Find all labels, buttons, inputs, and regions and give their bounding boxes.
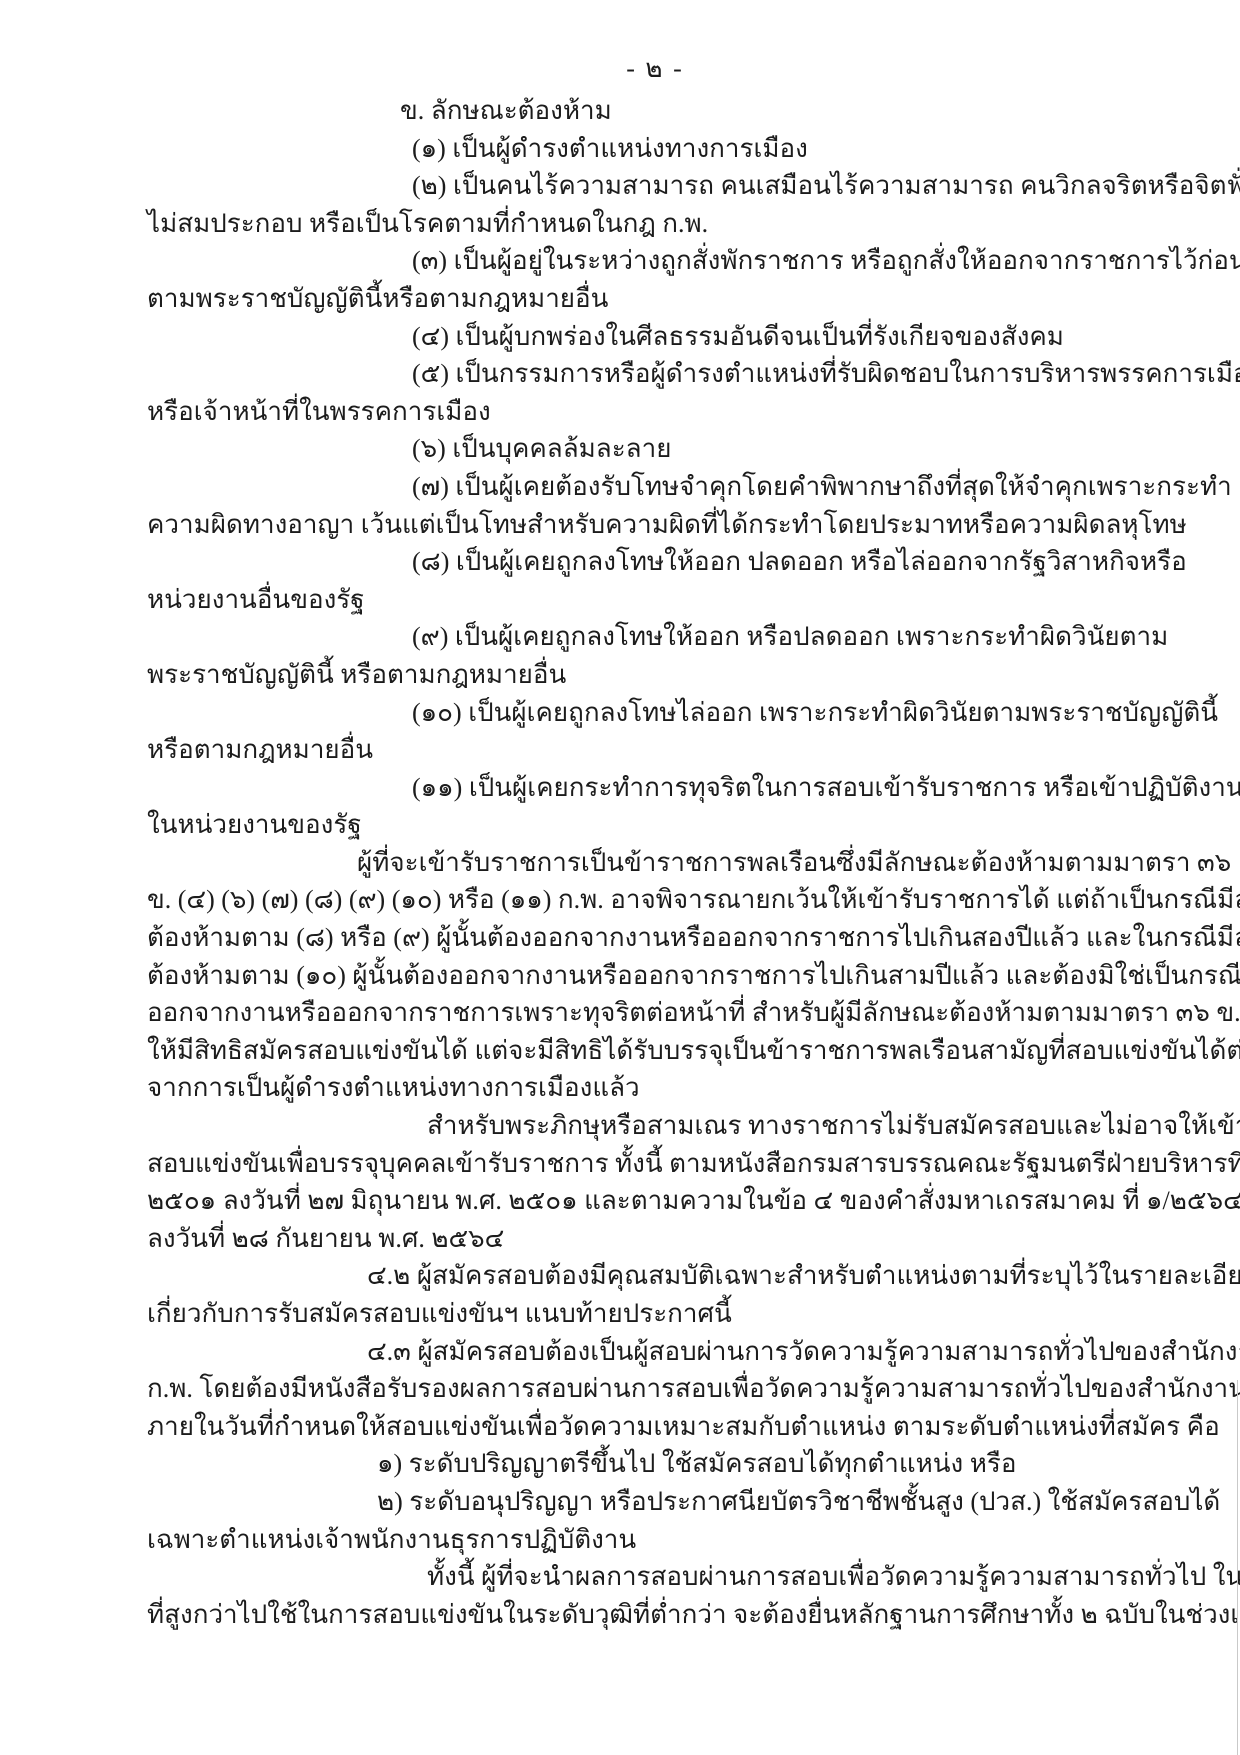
doc-line: เกี่ยวกับการรับสมัครสอบแข่งขันฯ แนบท้ายป… bbox=[147, 1295, 1132, 1333]
doc-line: ต้องห้ามตาม (๘) หรือ (๙) ผู้นั้นต้องออกจ… bbox=[147, 919, 1132, 957]
doc-line: หรือเจ้าหน้าที่ในพรรคการเมือง bbox=[147, 393, 1132, 431]
doc-line: (๑๐) เป็นผู้เคยถูกลงโทษไล่ออก เพราะกระทำ… bbox=[147, 694, 1132, 732]
doc-line: ที่สูงกว่าไปใช้ในการสอบแข่งขันในระดับวุฒ… bbox=[147, 1596, 1132, 1634]
doc-line: เฉพาะตำแหน่งเจ้าพนักงานธุรการปฏิบัติงาน bbox=[147, 1521, 1132, 1559]
doc-line: ๔.๓ ผู้สมัครสอบต้องเป็นผู้สอบผ่านการวัดค… bbox=[147, 1333, 1132, 1371]
doc-line: (๔) เป็นผู้บกพร่องในศีลธรรมอันดีจนเป็นที… bbox=[147, 318, 1132, 356]
doc-line: (๙) เป็นผู้เคยถูกลงโทษให้ออก หรือปลดออก … bbox=[147, 618, 1132, 656]
doc-line: หน่วยงานอื่นของรัฐ bbox=[147, 581, 1132, 619]
doc-line: ในหน่วยงานของรัฐ bbox=[147, 806, 1132, 844]
doc-line: ผู้ที่จะเข้ารับราชการเป็นข้าราชการพลเรือ… bbox=[147, 844, 1132, 882]
doc-line: (๒) เป็นคนไร้ความสามารถ คนเสมือนไร้ความส… bbox=[147, 167, 1132, 205]
doc-line: ลงวันที่ ๒๘ กันยายน พ.ศ. ๒๕๖๔ bbox=[147, 1220, 1132, 1258]
doc-line: (๖) เป็นบุคคลล้มละลาย bbox=[147, 430, 1132, 468]
scan-edge-artifact bbox=[1237, 1380, 1238, 1755]
doc-line: ๒) ระดับอนุปริญญา หรือประกาศนียบัตรวิชาช… bbox=[147, 1483, 1132, 1521]
doc-line: ตามพระราชบัญญัตินี้หรือตามกฎหมายอื่น bbox=[147, 280, 1132, 318]
doc-line: ก.พ. โดยต้องมีหนังสือรับรองผลการสอบผ่านก… bbox=[147, 1370, 1132, 1408]
doc-line: (๓) เป็นผู้อยู่ในระหว่างถูกสั่งพักราชการ… bbox=[147, 242, 1132, 280]
doc-line: ไม่สมประกอบ หรือเป็นโรคตามที่กำหนดในกฎ ก… bbox=[147, 205, 1132, 243]
doc-line: ข. (๔) (๖) (๗) (๘) (๙) (๑๐) หรือ (๑๑) ก.… bbox=[147, 881, 1132, 919]
doc-line: ให้มีสิทธิสมัครสอบแข่งขันได้ แต่จะมีสิทธ… bbox=[147, 1032, 1132, 1070]
doc-line: หรือตามกฎหมายอื่น bbox=[147, 731, 1132, 769]
doc-line: จากการเป็นผู้ดำรงตำแหน่งทางการเมืองแล้ว bbox=[147, 1069, 1132, 1107]
doc-line: ต้องห้ามตาม (๑๐) ผู้นั้นต้องออกจากงานหรื… bbox=[147, 957, 1132, 995]
doc-line: ทั้งนี้ ผู้ที่จะนำผลการสอบผ่านการสอบเพื่… bbox=[147, 1558, 1132, 1596]
doc-line: (๗) เป็นผู้เคยต้องรับโทษจำคุกโดยคำพิพากษ… bbox=[147, 468, 1132, 506]
doc-line: ๒๕๐๑ ลงวันที่ ๒๗ มิถุนายน พ.ศ. ๒๕๐๑ และต… bbox=[147, 1182, 1132, 1220]
doc-line: ๑) ระดับปริญญาตรีขึ้นไป ใช้สมัครสอบได้ทุ… bbox=[147, 1445, 1132, 1483]
doc-line: ข. ลักษณะต้องห้าม bbox=[147, 92, 1132, 130]
doc-line: ๔.๒ ผู้สมัครสอบต้องมีคุณสมบัติเฉพาะสำหรั… bbox=[147, 1257, 1132, 1295]
doc-line: ภายในวันที่กำหนดให้สอบแข่งขันเพื่อวัดควา… bbox=[147, 1408, 1132, 1446]
document-body: ข. ลักษณะต้องห้าม (๑) เป็นผู้ดำรงตำแหน่ง… bbox=[147, 92, 1132, 1633]
doc-line: สำหรับพระภิกษุหรือสามเณร ทางราชการไม่รับ… bbox=[147, 1107, 1132, 1145]
doc-line: (๘) เป็นผู้เคยถูกลงโทษให้ออก ปลดออก หรือ… bbox=[147, 543, 1132, 581]
page-number: - ๒ - bbox=[626, 48, 683, 89]
doc-line: สอบแข่งขันเพื่อบรรจุบุคคลเข้ารับราชการ ท… bbox=[147, 1145, 1132, 1183]
doc-line: ความผิดทางอาญา เว้นแต่เป็นโทษสำหรับความผ… bbox=[147, 506, 1132, 544]
doc-line: พระราชบัญญัตินี้ หรือตามกฎหมายอื่น bbox=[147, 656, 1132, 694]
doc-line: (๕) เป็นกรรมการหรือผู้ดำรงตำแหน่งที่รับผ… bbox=[147, 355, 1132, 393]
doc-line: (๑) เป็นผู้ดำรงตำแหน่งทางการเมือง bbox=[147, 130, 1132, 168]
doc-line: (๑๑) เป็นผู้เคยกระทำการทุจริตในการสอบเข้… bbox=[147, 769, 1132, 807]
doc-line: ออกจากงานหรือออกจากราชการเพราะทุจริตต่อห… bbox=[147, 994, 1132, 1032]
document-page: - ๒ - ข. ลักษณะต้องห้าม (๑) เป็นผู้ดำรงต… bbox=[0, 0, 1240, 1755]
